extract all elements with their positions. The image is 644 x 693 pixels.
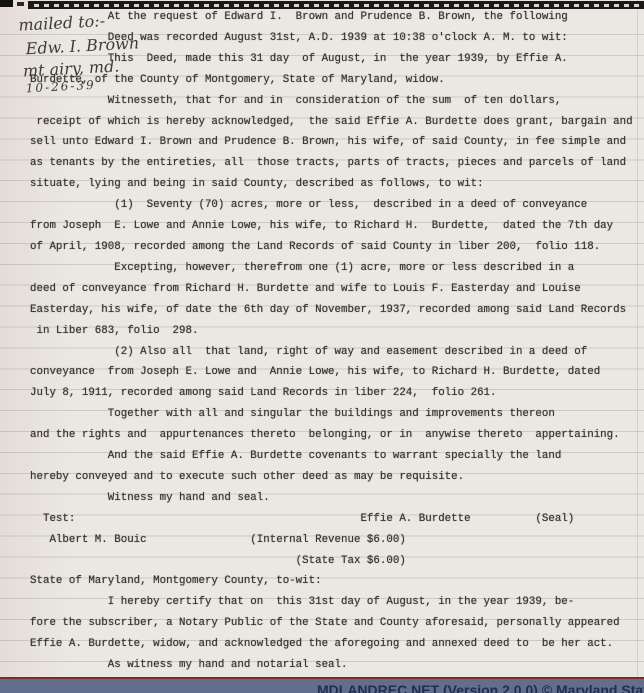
document-text-line: receipt of which is hereby acknowledged,… — [30, 112, 644, 133]
document-text-line: Albert M. Bouic (Internal Revenue $6.00) — [30, 530, 644, 551]
scan-corner-mark — [0, 0, 13, 7]
document-text-line: (1) Seventy (70) acres, more or less, de… — [30, 195, 644, 216]
document-text-line: and the rights and appurtenances thereto… — [30, 425, 644, 446]
document-text-line: as tenants by the entireties, all those … — [30, 153, 644, 174]
document-text-line: (State Tax $6.00) — [30, 551, 644, 572]
document-text-line: And the said Effie A. Burdette covenants… — [30, 446, 644, 467]
document-text-line: conveyance from Joseph E. Lowe and Annie… — [30, 362, 644, 383]
document-text-line: hereby conveyed and to execute such othe… — [30, 467, 644, 488]
document-text-line: of April, 1908, recorded among the Land … — [30, 237, 644, 258]
document-text-line: This Deed, made this 31 day of August, i… — [30, 49, 644, 70]
document-text-line: As witness my hand and notarial seal. — [30, 655, 644, 676]
document-text-line: Test: Effie A. Burdette (Seal) — [30, 509, 644, 530]
deed-scan-page: mailed to:- Edw. I. Brown mt airy, md. 1… — [0, 0, 644, 693]
document-text-line: Deed was recorded August 31st, A.D. 1939… — [30, 28, 644, 49]
document-text-line: (2) Also all that land, right of way and… — [30, 342, 644, 363]
document-text-line: Witness my hand and seal. — [30, 488, 644, 509]
document-text-line: in Liber 683, folio 298. — [30, 321, 644, 342]
footer-bar: MDLANDREC.NET (Version 2.0.0) © Maryland… — [0, 679, 644, 693]
document-text-line: Excepting, however, therefrom one (1) ac… — [30, 258, 644, 279]
scan-corner-mark — [17, 2, 24, 6]
document-text-line: sell unto Edward I. Brown and Prudence B… — [30, 132, 644, 153]
document-text-line: I hereby certify that on this 31st day o… — [30, 592, 644, 613]
document-text-line: from Joseph E. Lowe and Annie Lowe, his … — [30, 216, 644, 237]
deed-typed-text: At the request of Edward I. Brown and Pr… — [0, 7, 644, 676]
footer-credit: MDLANDREC.NET (Version 2.0.0) © Maryland… — [317, 682, 644, 693]
document-text-line: Burdette, of the County of Montgomery, S… — [30, 70, 644, 91]
document-text-line: deed of conveyance from Richard H. Burde… — [30, 279, 644, 300]
document-text-line: Effie A. Burdette, widow, and acknowledg… — [30, 634, 644, 655]
document-text-line: Easterday, his wife, of date the 6th day… — [30, 300, 644, 321]
document-text-line: situate, lying and being in said County,… — [30, 174, 644, 195]
document-text-line: State of Maryland, Montgomery County, to… — [30, 571, 644, 592]
document-text-line: fore the subscriber, a Notary Public of … — [30, 613, 644, 634]
document-text-line: July 8, 1911, recorded among said Land R… — [30, 383, 644, 404]
document-text-line: Witnesseth, that for and in consideratio… — [30, 91, 644, 112]
document-text-line: Together with all and singular the build… — [30, 404, 644, 425]
document-text-line: At the request of Edward I. Brown and Pr… — [30, 7, 644, 28]
